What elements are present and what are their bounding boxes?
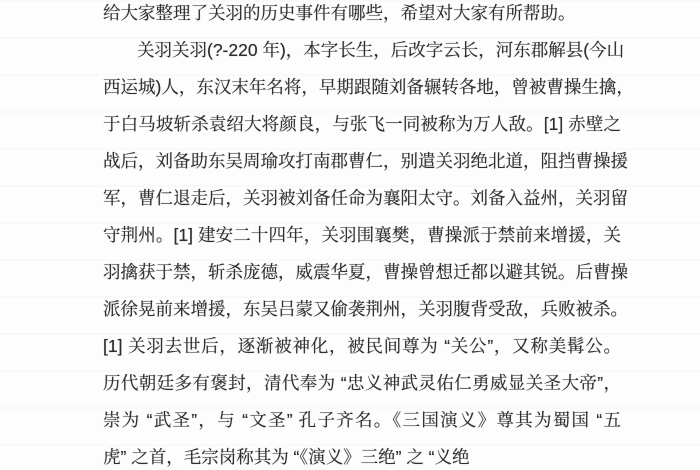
text-line: [1] 关羽去世后，逐渐被神化，被民间尊为 “关公”，又称美髯公。 bbox=[103, 328, 621, 365]
text-line: 崇为 “武圣”，与 “文圣” 孔子齐名。《三国演义》尊其为蜀国 “五 bbox=[103, 402, 621, 439]
article-text-block: 给大家整理了关羽的历史事件有哪些，希望对大家有所帮助。 关羽关羽(?-220 年… bbox=[103, 0, 621, 470]
text-line: 历代朝廷多有褒封，清代奉为 “忠义神武灵佑仁勇威显关圣大帝”， bbox=[103, 365, 621, 402]
text-line: 西运城)人，东汉末年名将，早期跟随刘备辗转各地，曾被曹操生擒， bbox=[103, 69, 621, 106]
text-line: 军，曹仁退走后，关羽被刘备任命为襄阳太守。刘备入益州，关羽留 bbox=[103, 180, 621, 217]
text-line: 给大家整理了关羽的历史事件有哪些，希望对大家有所帮助。 bbox=[103, 0, 621, 32]
text-line: 战后，刘备助东吴周瑜攻打南郡曹仁，别遣关羽绝北道，阻挡曹操援 bbox=[103, 143, 621, 180]
document-page: 给大家整理了关羽的历史事件有哪些，希望对大家有所帮助。 关羽关羽(?-220 年… bbox=[0, 0, 700, 470]
text-line: 关羽关羽(?-220 年)，本字长生，后改字云长，河东郡解县(今山 bbox=[103, 32, 621, 69]
text-line: 虎” 之首，毛宗岗称其为 “《演义》三绝” 之 “义绝 bbox=[103, 439, 621, 470]
text-line: 派徐晃前来增援，东吴吕蒙又偷袭荆州，关羽腹背受敌，兵败被杀。 bbox=[103, 291, 621, 328]
text-line: 羽擒获于禁，斩杀庞德，威震华夏，曹操曾想迁都以避其锐。后曹操 bbox=[103, 254, 621, 291]
text-line: 守荆州。[1] 建安二十四年，关羽围襄樊，曹操派于禁前来增援，关 bbox=[103, 217, 621, 254]
text-line: 于白马坡斩杀袁绍大将颜良，与张飞一同被称为万人敌。[1] 赤壁之 bbox=[103, 106, 621, 143]
